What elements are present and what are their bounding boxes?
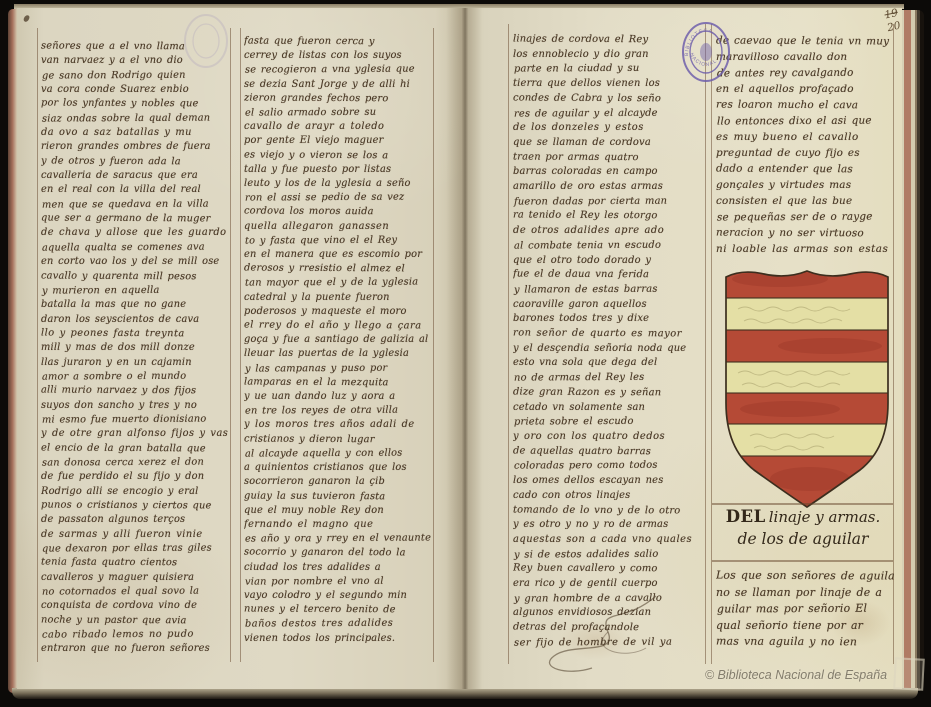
heading-rule-top: [712, 503, 893, 505]
manuscript-line: de passaton algunos terços: [41, 513, 229, 527]
manuscript-line: entraron que no fueron señores: [41, 642, 229, 656]
manuscript-line: to y fasta que vino el el Rey: [245, 233, 432, 248]
manuscript-line: cado con otros linajes: [513, 489, 704, 504]
manuscript-line: y ue uan dando luz y aora a: [244, 390, 432, 404]
manuscript-line: dize gran Razon es y señan: [513, 385, 704, 401]
column-rule: [230, 28, 231, 662]
manuscript-line: ciudad los tres adalides a: [244, 561, 432, 575]
manuscript-line: de sarmas y alli fueron vinie: [41, 528, 229, 542]
book-page-stack-right: [900, 10, 924, 691]
watermark-logo-box: [893, 657, 925, 691]
manuscript-line: que el otro todo dorado y: [513, 254, 704, 269]
manuscript-line: en el real con la villa del real: [41, 183, 229, 197]
manuscript-line: guiay la sus tuvieron fasta: [244, 489, 432, 504]
manuscript-line: no de armas del Rey les: [514, 371, 704, 387]
manuscript-line: mas vna aguila y no ien: [716, 634, 894, 652]
manuscript-line: consisten el que las bue: [716, 193, 892, 209]
manuscript-line: leuto y los de la yglesia a seño: [244, 177, 432, 191]
manuscript-line: traen por armas quatro: [513, 150, 704, 166]
manuscript-line: al combate tenia vn escudo: [514, 238, 704, 254]
manuscript-line: es año y ora y rrey en el venaunte: [245, 532, 432, 547]
manuscript-line: parte en la ciudad y su: [514, 62, 704, 78]
manuscript-line: es viejo y o vieron se los a: [244, 148, 432, 163]
armorial-heading-line2: de los de aguilar: [712, 530, 894, 548]
manuscript-line: esto vna sola que dega del: [513, 356, 704, 371]
manuscript-line: conquista de cordova vino de: [41, 599, 229, 613]
heading-rule-bottom: [712, 560, 893, 562]
manuscript-line: suyos don sancho y tres y no: [41, 399, 229, 413]
manuscript-line: es muy bueno el cavallo: [716, 129, 892, 145]
manuscript-line: socorrio y ganaron del todo la: [244, 546, 432, 561]
faint-stamp-icon: [182, 12, 230, 70]
shield-bar-cream: [720, 298, 894, 330]
manuscript-line: amarillo de oro estas armas: [513, 180, 704, 195]
manuscript-line: en el aquellos profaçado: [716, 81, 892, 97]
manuscript-line: y las campanas y puso por: [245, 361, 432, 376]
manuscript-line: cordova los moros auida: [244, 205, 432, 220]
shield-bar-cream: [720, 424, 894, 456]
manuscript-line: cavallo de arayr a toledo: [244, 120, 432, 134]
armorial-paragraph: Los que son señores de aguilarno se llam…: [716, 568, 894, 654]
manuscript-line: en el manera que es escomio por: [244, 248, 432, 262]
manuscript-photo: señores que a el vno llamavan narvaez y …: [0, 0, 931, 707]
manuscript-line: aquestas son a cada vno quales: [513, 533, 704, 548]
manuscript-line: cavallo y quarenta mill pesos: [41, 269, 229, 284]
column-rule: [508, 24, 509, 664]
manuscript-line: tierra que dellos vienen los: [513, 77, 704, 92]
manuscript-line: los omes dellos escayan nes: [513, 474, 704, 489]
manuscript-line: cristianos y dieron lugar: [244, 432, 432, 447]
manuscript-line: tan mayor que el y de la yglesia: [245, 276, 432, 291]
manuscript-line: por los ynfantes y nobles que: [41, 97, 229, 112]
manuscript-line: tomando de lo vno y de lo otro: [513, 503, 704, 519]
manuscript-line: por gente El viejo maguer: [244, 134, 432, 148]
manuscript-line: maravilloso cavallo don: [716, 49, 892, 65]
heading-del: DEL: [726, 507, 766, 526]
manuscript-line: qual señorio tiene por ar: [716, 618, 894, 635]
manuscript-line: el encio de la gran batalla que: [41, 441, 229, 456]
manuscript-line: preguntad de cuyo fijo es: [716, 145, 892, 161]
manuscript-line: y de otros y fueron ada la: [41, 154, 229, 169]
manuscript-line: no cotornados el qual sovo la: [42, 584, 229, 599]
column-rule: [433, 28, 434, 662]
manuscript-line: Rodrigo alli se encogio y eral: [41, 485, 229, 499]
manuscript-line: de caevao que le tenia vn muy: [716, 33, 892, 49]
manuscript-line: zieron grandes fechos pero: [244, 91, 432, 106]
manuscript-line: men que se quedava en la villa: [42, 197, 229, 212]
manuscript-line: neracion y no ser virtuoso: [716, 225, 892, 242]
manuscript-line: en tre los reyes de otra villa: [245, 404, 432, 419]
text-column-right-1: linajes de cordova el Reylos ennoblecio …: [513, 33, 704, 655]
manuscript-line: noche y un pastor que avia: [41, 613, 229, 628]
text-column-right-2-top: de caevao que le tenia vn muymaravilloso…: [716, 33, 892, 259]
manuscript-line: catedral y la puente fueron: [244, 291, 432, 305]
manuscript-line: los ennoblecio y dio gran: [513, 48, 704, 63]
manuscript-line: va cora conde Suarez enbio: [41, 83, 229, 97]
manuscript-line: se recogieron a vna yglesia que: [245, 63, 432, 78]
armorial-heading-line1: DELlinaje y armas.: [712, 507, 894, 526]
manuscript-line: talla y fue puesto por listas: [244, 163, 432, 177]
column-rule: [37, 28, 38, 662]
manuscript-line: gonçales y virtudes mas: [716, 177, 892, 193]
column-rule: [240, 28, 241, 662]
watermark-copyright: © Biblioteca Nacional de España: [700, 668, 892, 682]
manuscript-line: vian por nombre el vno al: [245, 574, 432, 589]
manuscript-line: aquella qualta se comenes ava: [42, 240, 229, 255]
manuscript-line: que el muy noble Rey don: [244, 504, 432, 518]
manuscript-line: se dezia Sant Jorge y de alli hi: [244, 78, 432, 92]
manuscript-line: de fue perdido el su fijo y don: [41, 470, 229, 484]
manuscript-line: goça y fue a santiago de galizia al: [244, 333, 432, 347]
manuscript-line: vienen todos los principales.: [244, 632, 432, 646]
manuscript-line: cavalleros y maguer quisiera: [41, 571, 229, 585]
manuscript-line: llo entonces dixo el asi que: [717, 112, 892, 129]
manuscript-line: daron los seyscientos de cava: [41, 313, 229, 327]
column-rule: [711, 24, 712, 664]
manuscript-line: tenia fasta quatro cientos: [41, 556, 229, 571]
manuscript-line: y los moros tres años adali de: [244, 418, 432, 432]
manuscript-line: ni loable las armas son estas: [716, 241, 892, 257]
manuscript-line: mi esmo fue muerto dionisiano: [42, 412, 229, 427]
manuscript-line: cabo ribado lemos no pudo: [42, 628, 229, 643]
coat-of-arms-shield: [720, 261, 894, 513]
manuscript-line: barones todos tres y dixe: [513, 312, 704, 327]
manuscript-line: vayo colodro y el segundo min: [244, 589, 432, 603]
manuscript-line: res de aguilar y el alcayde: [514, 106, 704, 122]
manuscript-line: a quinientos cristianos que los: [244, 461, 432, 475]
manuscript-line: mill y mas de dos mill donze: [41, 341, 229, 355]
manuscript-line: san donosa cerca xerez el don: [42, 455, 229, 470]
manuscript-line: baños destos tres adalides: [245, 617, 432, 632]
manuscript-line: y es otro y no y ro de armas: [513, 518, 704, 533]
manuscript-line: alli murio narvaez y dos fijos: [41, 384, 229, 399]
manuscript-line: fueron dadas por cierta man: [514, 194, 704, 210]
manuscript-line: al alcayde aquella y con ellos: [245, 446, 432, 461]
column-rule: [705, 24, 706, 664]
manuscript-line: que se llaman de cordova: [513, 136, 704, 151]
manuscript-line: y llamaron de estas barras: [514, 282, 704, 298]
manuscript-line: llas juraron y en un cajamin: [41, 356, 229, 370]
manuscript-line: caoraville garon aquellos: [513, 298, 704, 313]
manuscript-line: de los donzeles y estos: [513, 121, 704, 136]
manuscript-line: en corto vao los y del se mill ose: [41, 255, 229, 269]
manuscript-line: lamparas en el la mezquita: [244, 375, 432, 390]
manuscript-line: y murieron en aquella: [42, 283, 229, 298]
manuscript-line: rieron grandes ombres de fuera: [41, 140, 229, 154]
shield-bar-cream: [720, 362, 894, 393]
manuscript-line: fernando el magno que: [244, 518, 432, 532]
manuscript-line: y oro con los quatro dedos: [513, 430, 704, 445]
manuscript-line: el salio armado sobre su: [245, 105, 432, 120]
manuscript-line: ge sano don Rodrigo quien: [42, 68, 229, 83]
folio-number-current: 20: [886, 20, 902, 35]
manuscript-line: da ovo a saz batallas y mu: [41, 126, 229, 140]
manuscript-line: guilar mas por señorio El: [717, 601, 894, 619]
text-column-left-2: fasta que fueron cerca ycerrey de listas…: [244, 35, 432, 651]
library-stamp-icon: BIBLIOTECA NACIONAL: [680, 20, 732, 84]
manuscript-line: no se llaman por linaje de a: [716, 585, 894, 602]
manuscript-line: Los que son señores de aguilar: [716, 568, 894, 585]
manuscript-line: siaz ondas sobre la qual deman: [42, 111, 229, 126]
manuscript-line: y de otre gran alfonso fijos y vas: [41, 427, 229, 441]
manuscript-line: de antes rey cavalgando: [717, 64, 892, 81]
manuscript-line: Rey buen cavallero y como: [513, 562, 704, 578]
text-column-left-1: señores que a el vno llamavan narvaez y …: [41, 40, 229, 658]
manuscript-line: ron señor de quarto es mayor: [513, 327, 704, 343]
manuscript-line: coloradas pero como todos: [514, 459, 704, 475]
manuscript-line: y gran hombre de a cavallo: [514, 591, 704, 607]
manuscript-line: quella allegaron ganassen: [244, 220, 432, 234]
manuscript-line: el rrey do el año y llego a çara: [244, 319, 432, 334]
manuscript-line: y si de estos adalides salio: [514, 547, 704, 563]
manuscript-line: que ser a germano de la muger: [41, 212, 229, 227]
manuscript-line: poderosos y maqueste el moro: [244, 305, 432, 319]
book-bottom-edge: [12, 688, 918, 699]
manuscript-line: dado a entender que las: [716, 161, 892, 178]
manuscript-line: cetado vn solamente san: [513, 401, 704, 416]
manuscript-line: linajes de cordova el Rey: [513, 33, 704, 48]
manuscript-line: llo y peones fasta treynta: [41, 326, 229, 341]
manuscript-line: punos o cristianos y ciertos que: [41, 499, 229, 514]
manuscript-line: ser fijo de hombre de vil ya: [514, 635, 704, 651]
manuscript-line: fue el de daua vna ferida: [513, 268, 704, 284]
manuscript-line: cerrey de listas con los suyos: [244, 49, 432, 63]
heading-rest: linaje y armas.: [769, 508, 880, 526]
manuscript-line: se pequeñas ser de o rayge: [717, 208, 892, 225]
manuscript-line: amor a sombre o el mundo: [42, 369, 229, 384]
manuscript-line: socorrieron ganaron la çib: [244, 475, 432, 489]
manuscript-line: prieta sobre el escudo: [514, 415, 704, 431]
manuscript-line: y el desçendia señoria noda que: [513, 342, 704, 357]
manuscript-line: res loaron mucho el cava: [716, 97, 892, 114]
manuscript-line: fasta que fueron cerca y: [244, 35, 432, 50]
manuscript-line: nunes y el tercero benito de: [244, 603, 432, 618]
manuscript-line: que dexaron por ellas tras giles: [42, 541, 229, 556]
manuscript-line: barras coloradas en campo: [513, 165, 704, 180]
manuscript-line: cavalleria de saracus que era: [41, 169, 229, 183]
gutter-shadow: [446, 8, 482, 689]
manuscript-line: detras del profaçandole: [513, 621, 704, 637]
manuscript-line: lleuar las puertas de la yglesia: [244, 347, 432, 361]
manuscript-line: de aquellas quatro barras: [513, 444, 704, 460]
manuscript-line: de otros adalides apre ado: [513, 224, 704, 239]
manuscript-line: era rico y de gentil cuerpo: [513, 577, 704, 592]
manuscript-line: algunos envidiosos dezian: [513, 606, 704, 621]
manuscript-line: ra tenido el Rey les otorgo: [513, 209, 704, 225]
manuscript-line: batalla la mas que no gane: [41, 298, 229, 312]
manuscript-line: de chava y allose que les guardo: [41, 226, 229, 240]
manuscript-line: condes de Cabra y los seño: [513, 91, 704, 107]
